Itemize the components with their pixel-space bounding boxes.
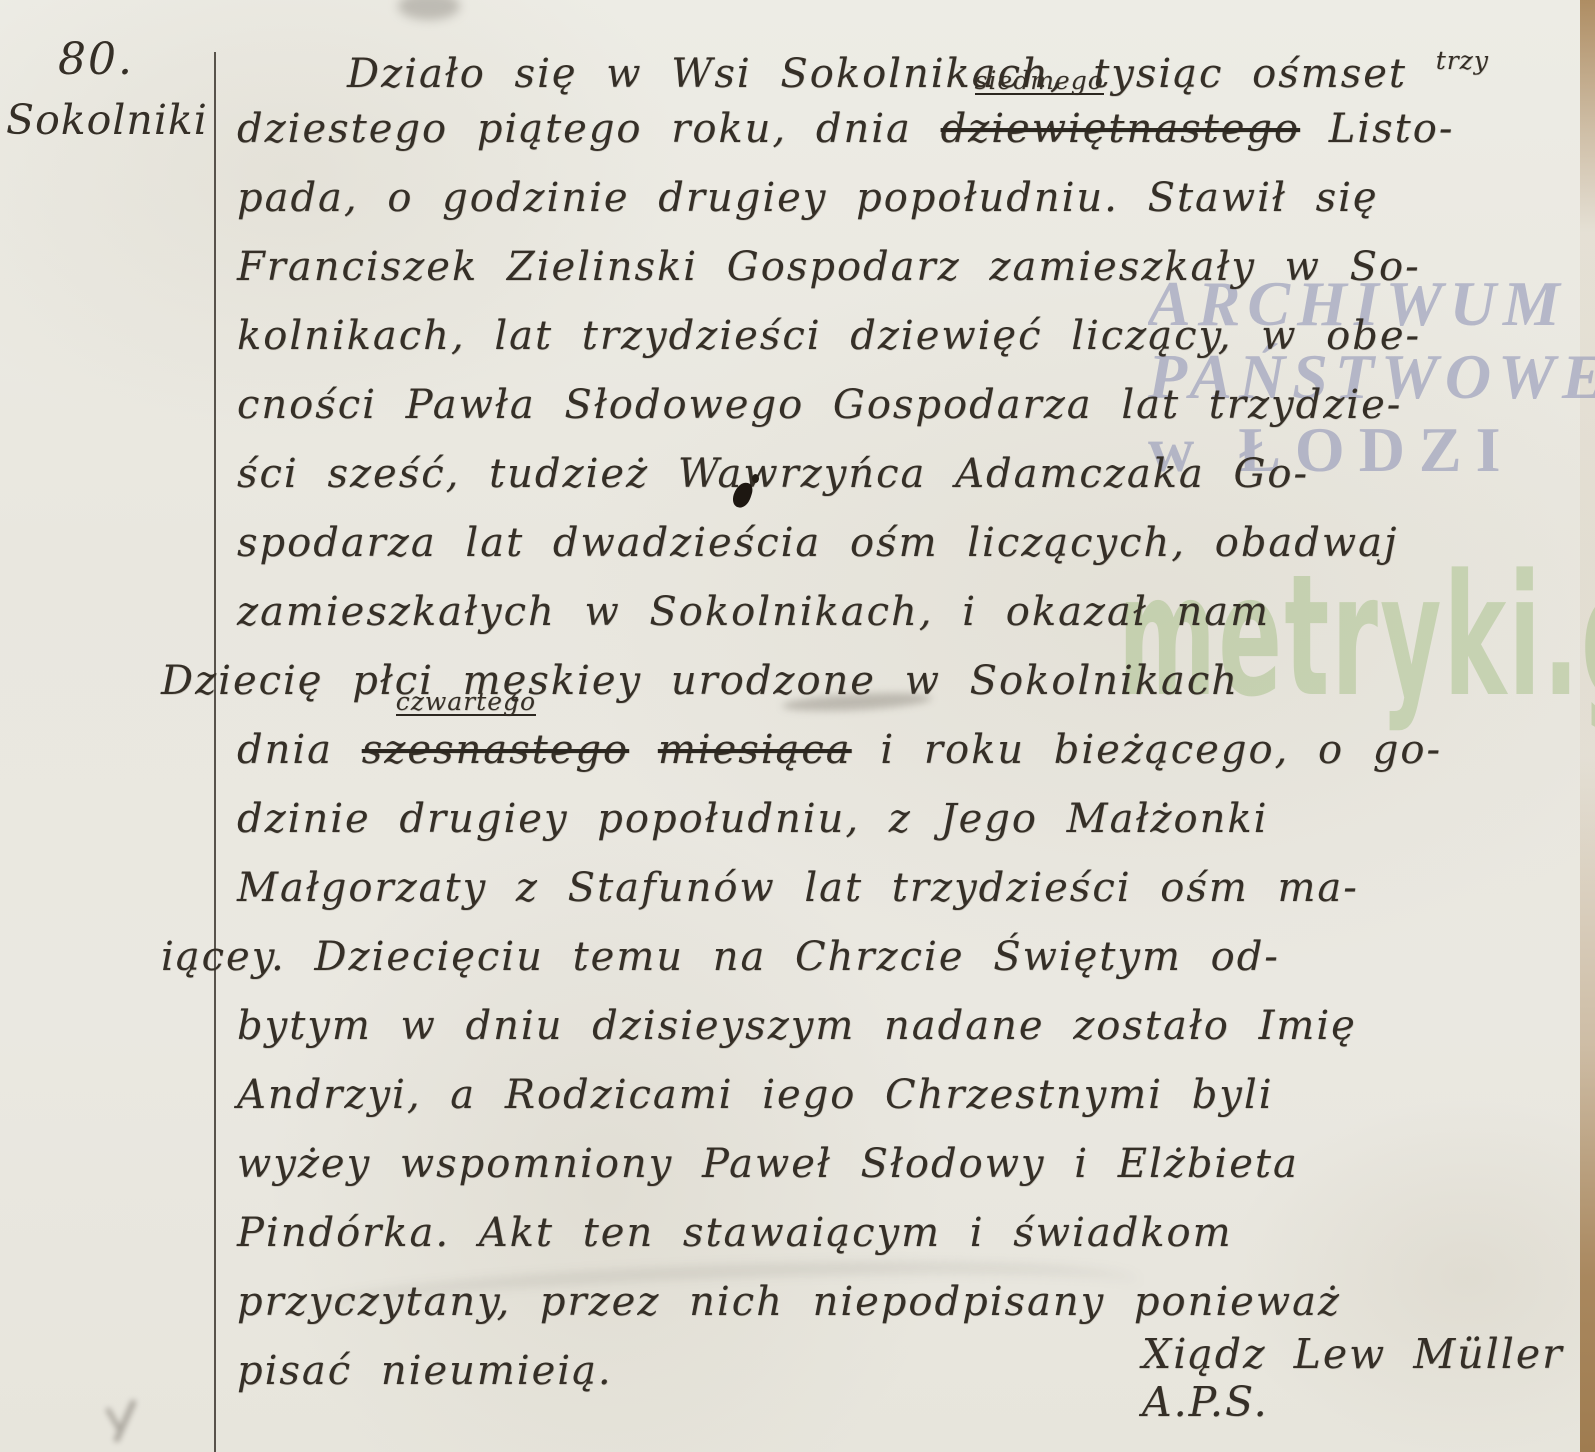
line-text xyxy=(629,727,658,773)
manuscript-line: Małgorzaty z Stafunów lat trzydzieści oś… xyxy=(237,854,1595,923)
line-text: Andrzyi, a Rodzicami iego Chrzestnymi by… xyxy=(237,1072,1273,1118)
record-number: 80. xyxy=(58,34,134,85)
correction: siedmegodziewiętnastego xyxy=(941,95,1301,164)
manuscript-line: bytym w dniu dzisieyszym nadane zostało … xyxy=(237,992,1595,1061)
line-text: Działo się w Wsi Sokolnikach, tysiąc ośm… xyxy=(347,51,1436,97)
line-text: pisać nieumieią. xyxy=(237,1348,613,1394)
line-text: cności Pawła Słodowego Gospodarza lat tr… xyxy=(237,382,1402,428)
line-text: Franciszek Zielinski Gospodarz zamieszka… xyxy=(237,244,1421,290)
line-text: ści sześć, tudzież Wawrzyńca Adamczaka G… xyxy=(237,451,1309,497)
manuscript-line: ści sześć, tudzież Wawrzyńca Adamczaka G… xyxy=(237,440,1595,509)
line-text: wyżey wspomniony Paweł Słodowy i Elżbiet… xyxy=(237,1141,1299,1187)
line-text: zamieszkałych w Sokolnikach, i okazał na… xyxy=(237,589,1270,635)
manuscript-line: dzinie drugiey popołudniu, z Jego Małżon… xyxy=(237,785,1595,854)
line-text: spodarza lat dwadzieścia ośm liczących, … xyxy=(237,520,1398,566)
manuscript-line: Andrzyi, a Rodzicami iego Chrzestnymi by… xyxy=(237,1061,1595,1130)
manuscript-line: dnia czwartegoszesnastego miesiąca i rok… xyxy=(237,716,1595,785)
line-text: Małgorzaty z Stafunów lat trzydzieści oś… xyxy=(237,865,1359,911)
line-text: kolnikach, lat trzydzieści dziewięć licz… xyxy=(237,313,1421,359)
line-text: pada, o godzinie drugiey popołudniu. Sta… xyxy=(237,175,1379,221)
manuscript-line: Działo się w Wsi Sokolnikach, tysiąc ośm… xyxy=(237,26,1595,95)
manuscript-line: Franciszek Zielinski Gospodarz zamieszka… xyxy=(237,233,1595,302)
line-text: dnia xyxy=(237,727,362,773)
line-superscript: trzy xyxy=(1436,46,1489,75)
line-text: dziestego piątego roku, dnia xyxy=(237,106,941,152)
interlinear-correction-text: siedmego xyxy=(975,68,1104,95)
line-text: Dziecię płci męskiey urodzone w Sokolnik… xyxy=(161,658,1239,704)
manuscript-line: zamieszkałych w Sokolnikach, i okazał na… xyxy=(237,578,1595,647)
interlinear-correction-text: czwartego xyxy=(396,689,536,716)
line-text: iącey. Dziecięciu temu na Chrzcie Święty… xyxy=(161,934,1280,980)
record-body: Działo się w Wsi Sokolnikach, tysiąc ośm… xyxy=(237,26,1595,1406)
manuscript-page: ARCHIWUM PAŃSTWOWE w ŁODZI metryki.genea… xyxy=(0,0,1595,1452)
manuscript-line: spodarza lat dwadzieścia ośm liczących, … xyxy=(237,509,1595,578)
manuscript-line: wyżey wspomniony Paweł Słodowy i Elżbiet… xyxy=(237,1130,1595,1199)
manuscript-line: kolnikach, lat trzydzieści dziewięć licz… xyxy=(237,302,1595,371)
correction: miesiąca xyxy=(658,716,852,785)
struck-word: szesnastego xyxy=(362,727,629,773)
struck-word: dziewiętnastego xyxy=(941,106,1301,152)
priest-signature: Xiądz Lew Müller A.P.S. xyxy=(1142,1330,1595,1426)
line-text: Pindórka. Akt ten stawaiącym i świadkom xyxy=(237,1210,1233,1256)
manuscript-line: Pindórka. Akt ten stawaiącym i świadkom xyxy=(237,1199,1595,1268)
line-text: bytym w dniu dzisieyszym nadane zostało … xyxy=(237,1003,1357,1049)
margin-rule-line xyxy=(214,52,216,1452)
manuscript-line: iącey. Dziecięciu temu na Chrzcie Święty… xyxy=(161,923,1595,992)
line-text: i roku bieżącego, o go- xyxy=(852,727,1442,773)
ink-bleedthrough-mark xyxy=(98,1396,150,1448)
ink-blot-small xyxy=(752,474,759,483)
line-text: dzinie drugiey popołudniu, z Jego Małżon… xyxy=(237,796,1268,842)
top-edge-smudge xyxy=(398,0,460,20)
struck-word: miesiąca xyxy=(658,727,852,773)
manuscript-line: pada, o godzinie drugiey popołudniu. Sta… xyxy=(237,164,1595,233)
record-place-label: Sokolniki xyxy=(6,96,208,144)
manuscript-line: cności Pawła Słodowego Gospodarza lat tr… xyxy=(237,371,1595,440)
correction: czwartegoszesnastego xyxy=(362,716,629,785)
manuscript-line: dziestego piątego roku, dnia siedmegodzi… xyxy=(237,95,1595,164)
line-text: Listo- xyxy=(1300,106,1454,152)
